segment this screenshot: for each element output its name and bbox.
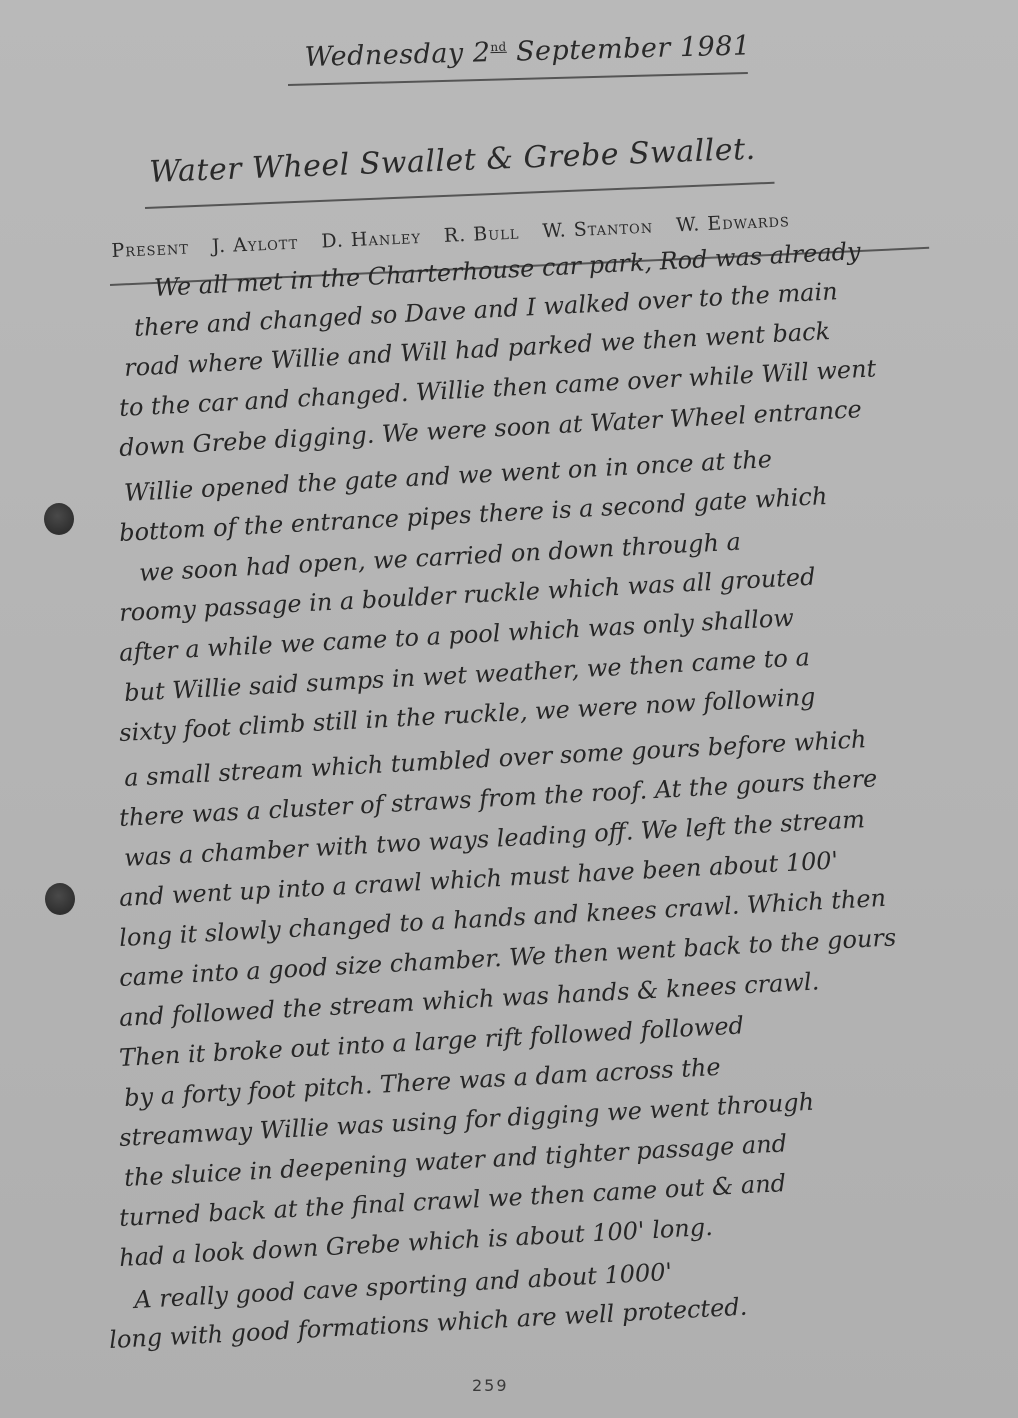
date-weekday: Wednesday <box>304 38 464 73</box>
entry-date: Wednesday 2nd September 1981 <box>304 30 751 73</box>
page-number: 259 <box>472 1376 509 1395</box>
date-underline <box>288 72 748 86</box>
present-label: Present <box>111 237 189 262</box>
punch-hole <box>44 503 74 535</box>
present-name: W. Edwards <box>676 209 791 236</box>
scanned-page: Wednesday 2nd September 1981 Water Wheel… <box>0 0 1018 1418</box>
date-month-year: September 1981 <box>516 30 751 67</box>
present-name: R. Bull <box>443 221 519 246</box>
date-day: 2 <box>472 37 490 68</box>
present-name: D. Hanley <box>321 226 422 252</box>
punch-hole <box>45 883 75 915</box>
entry-title: Water Wheel Swallet & Grebe Swallet. <box>149 132 757 190</box>
present-name: J. Aylott <box>211 232 298 258</box>
present-name: W. Stanton <box>542 215 654 242</box>
date-day-suffix: nd <box>490 40 507 54</box>
